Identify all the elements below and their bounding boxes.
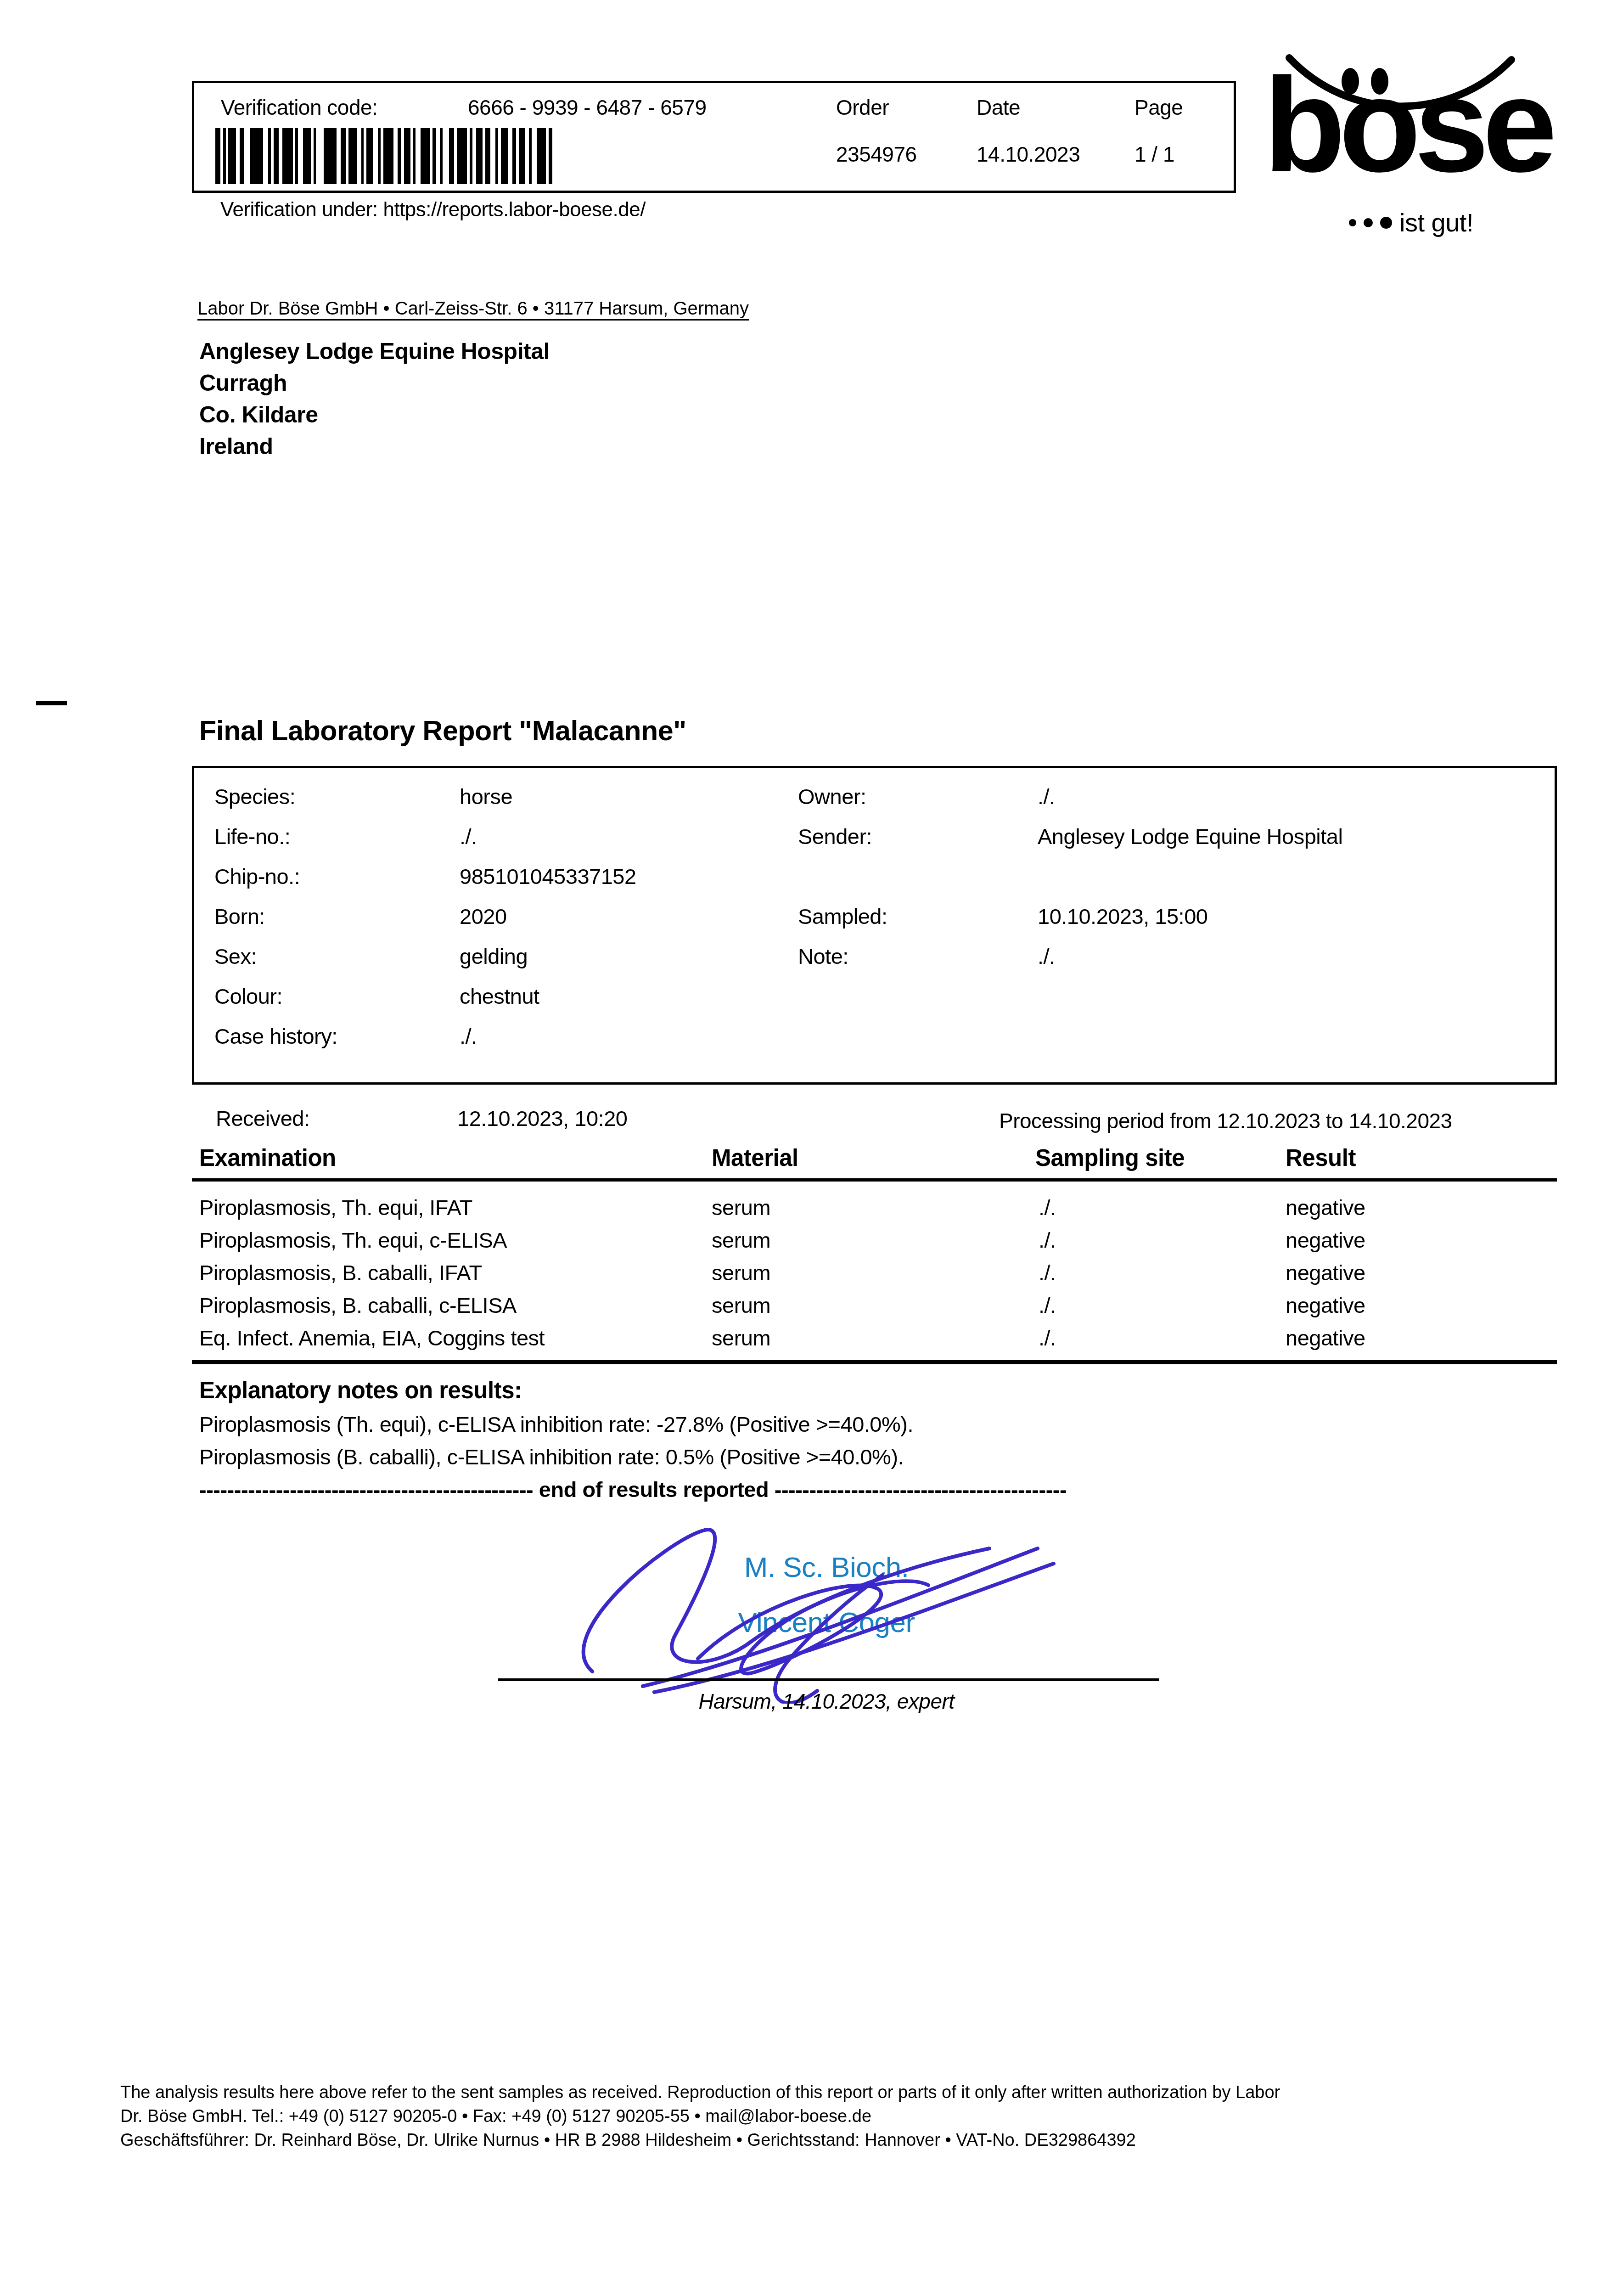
barcode-bar: [421, 128, 430, 184]
animal-info-box: Species: horse Life-no.: ./. Chip-no.: 9…: [192, 766, 1557, 1085]
info-label: Life-no.:: [214, 824, 290, 849]
cell-material: serum: [712, 1195, 770, 1220]
barcode-gap: [337, 128, 340, 184]
info-label: Sex:: [214, 944, 257, 969]
order-label: Order: [836, 95, 889, 120]
column-header-examination: Examination: [199, 1144, 336, 1171]
info-label: Species:: [214, 784, 295, 809]
barcode-bar: [449, 128, 454, 184]
barcode-gap: [298, 128, 303, 184]
cell-examination: Piroplasmosis, Th. equi, IFAT: [199, 1195, 472, 1220]
info-value: 10.10.2023, 15:00: [1038, 904, 1207, 929]
barcode-gap: [373, 128, 378, 184]
barcode-bar: [485, 128, 490, 184]
barcode-gap: [236, 128, 240, 184]
page-value: 1 / 1: [1134, 142, 1174, 167]
barcode-gap: [393, 128, 397, 184]
barcode-bar: [240, 128, 243, 184]
info-value: chestnut: [460, 984, 539, 1009]
table-bottom-rule: [192, 1360, 1557, 1364]
barcode-gap: [508, 128, 512, 184]
received-value: 12.10.2023, 10:20: [457, 1106, 627, 1131]
barcode-bar: [366, 128, 373, 184]
barcode-bar: [215, 128, 220, 184]
barcode-gap: [316, 128, 324, 184]
note-line: Piroplasmosis (B. caballi), c-ELISA inhi…: [199, 1444, 904, 1469]
footer-line: Dr. Böse GmbH. Tel.: +49 (0) 5127 90205-…: [120, 2107, 871, 2127]
verification-code-label: Verification code:: [221, 95, 377, 120]
cell-examination: Piroplasmosis, Th. equi, c-ELISA: [199, 1227, 507, 1253]
info-label: Sampled:: [798, 904, 887, 929]
handwritten-signature-icon: [560, 1520, 1093, 1704]
barcode-bar: [383, 128, 394, 184]
cell-result: negative: [1286, 1195, 1365, 1220]
signature-line: [498, 1678, 1159, 1681]
barcode-bar: [476, 128, 483, 184]
verification-box: Verification code: 6666 - 9939 - 6487 - …: [192, 81, 1236, 193]
barcode-bar: [537, 128, 546, 184]
tagline-dot-3: [1380, 217, 1392, 229]
barcode-gap: [552, 128, 555, 184]
barcode-bar: [324, 128, 337, 184]
tagline-dot-2: [1364, 218, 1373, 227]
barcode-bar: [404, 128, 410, 184]
cell-sampling-site: ./.: [1039, 1293, 1056, 1318]
cell-examination: Eq. Infect. Anemia, EIA, Coggins test: [199, 1325, 545, 1351]
barcode-bar: [274, 128, 279, 184]
lab-sender-line: Labor Dr. Böse GmbH • Carl-Zeiss-Str. 6 …: [197, 298, 749, 319]
info-label: Note:: [798, 944, 848, 969]
cell-result: negative: [1286, 1325, 1365, 1351]
info-value: ./.: [1038, 944, 1055, 969]
verification-under-line: Verification under: https://reports.labo…: [220, 198, 646, 221]
barcode-bar: [303, 128, 311, 184]
info-label: Born:: [214, 904, 265, 929]
processing-period: Processing period from 12.10.2023 to 14.…: [999, 1109, 1452, 1133]
barcode-bar: [341, 128, 346, 184]
recipient-line: Anglesey Lodge Equine Hospital: [199, 338, 550, 365]
barcode-gap: [443, 128, 449, 184]
cell-examination: Piroplasmosis, B. caballi, c-ELISA: [199, 1293, 517, 1318]
cell-sampling-site: ./.: [1039, 1195, 1056, 1220]
tagline-text: ist gut!: [1399, 208, 1473, 237]
verification-code-value: 6666 - 9939 - 6487 - 6579: [468, 95, 706, 120]
order-value: 2354976: [836, 142, 917, 167]
barcode-bar: [432, 128, 436, 184]
barcode-bar: [250, 128, 263, 184]
info-label: Case history:: [214, 1024, 337, 1049]
recipient-line: Curragh: [199, 370, 287, 396]
info-label: Owner:: [798, 784, 866, 809]
barcode-bar: [228, 128, 236, 184]
info-label: Colour:: [214, 984, 282, 1009]
barcode-gap: [357, 128, 361, 184]
info-label: Chip-no.:: [214, 864, 300, 889]
barcode-gap: [532, 128, 537, 184]
logo-tagline: ist gut!: [1349, 208, 1473, 237]
column-header-sampling-site: Sampling site: [1035, 1144, 1185, 1171]
barcode-gap: [279, 128, 282, 184]
info-value: ./.: [460, 1024, 477, 1049]
column-header-result: Result: [1286, 1144, 1356, 1171]
signature-place-date: Harsum, 14.10.2023, expert: [528, 1689, 1125, 1714]
info-value: ./.: [1038, 784, 1055, 809]
barcode-bar: [457, 128, 467, 184]
barcode-gap: [416, 128, 421, 184]
info-value: gelding: [460, 944, 528, 969]
barcode-bar: [519, 128, 525, 184]
received-label: Received:: [216, 1106, 310, 1131]
notes-heading: Explanatory notes on results:: [199, 1377, 522, 1404]
cell-sampling-site: ./.: [1039, 1260, 1056, 1285]
note-line: Piroplasmosis (Th. equi), c-ELISA inhibi…: [199, 1412, 913, 1437]
barcode-gap: [263, 128, 268, 184]
barcode-gap: [244, 128, 250, 184]
cell-result: negative: [1286, 1260, 1365, 1285]
cell-material: serum: [712, 1325, 770, 1351]
info-value: Anglesey Lodge Equine Hospital: [1038, 824, 1342, 849]
info-value: 985101045337152: [460, 864, 636, 889]
barcode-bar: [501, 128, 509, 184]
logo-smile-icon: [1286, 50, 1515, 123]
barcode-bar: [512, 128, 516, 184]
cell-material: serum: [712, 1227, 770, 1253]
barcode-bar: [549, 128, 552, 184]
tagline-dot-1: [1349, 219, 1356, 226]
barcode-gap: [490, 128, 495, 184]
cell-sampling-site: ./.: [1039, 1227, 1056, 1253]
cell-material: serum: [712, 1260, 770, 1285]
barcode-bar: [282, 128, 293, 184]
info-value: 2020: [460, 904, 507, 929]
cell-result: negative: [1286, 1227, 1365, 1253]
fold-mark: [36, 701, 67, 705]
table-header-rule: [192, 1178, 1557, 1182]
date-label: Date: [977, 95, 1020, 120]
report-title: Final Laboratory Report "Malacanne": [199, 715, 686, 747]
info-value: horse: [460, 784, 512, 809]
footer-line: The analysis results here above refer to…: [120, 2083, 1280, 2103]
info-value: ./.: [460, 824, 477, 849]
barcode-gap: [436, 128, 440, 184]
end-of-results-line: ----------------------------------------…: [199, 1477, 1067, 1502]
barcode-icon: [215, 128, 555, 184]
date-value: 14.10.2023: [977, 142, 1080, 167]
recipient-line: Co. Kildare: [199, 401, 318, 428]
cell-examination: Piroplasmosis, B. caballi, IFAT: [199, 1260, 482, 1285]
recipient-line: Ireland: [199, 433, 273, 460]
cell-result: negative: [1286, 1293, 1365, 1318]
cell-sampling-site: ./.: [1039, 1325, 1056, 1351]
info-label: Sender:: [798, 824, 872, 849]
lab-report-page: Verification code: 6666 - 9939 - 6487 - …: [0, 0, 1623, 2296]
barcode-gap: [525, 128, 529, 184]
barcode-gap: [472, 128, 476, 184]
cell-material: serum: [712, 1293, 770, 1318]
column-header-material: Material: [712, 1144, 798, 1171]
page-label: Page: [1134, 95, 1183, 120]
barcode-bar: [348, 128, 358, 184]
barcode-bar: [398, 128, 401, 184]
footer-line: Geschäftsführer: Dr. Reinhard Böse, Dr. …: [120, 2131, 1136, 2150]
